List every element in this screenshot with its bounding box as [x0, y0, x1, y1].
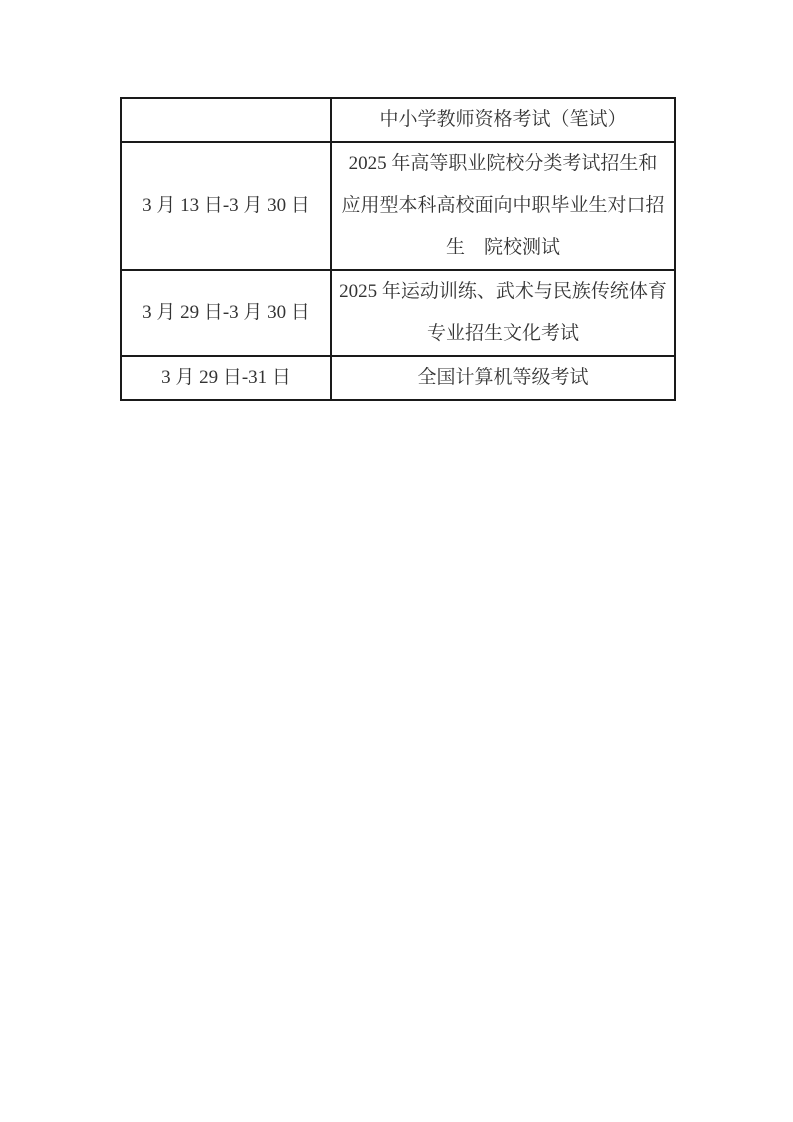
date-cell: 3 月 29 日-31 日	[121, 356, 331, 400]
date-cell: 3 月 13 日-3 月 30 日	[121, 142, 331, 270]
date-range: 3 月 13 日-3 月 30 日	[122, 185, 330, 227]
table-row: 3 月 13 日-3 月 30 日 2025 年高等职业院校分类考试招生和 应用…	[121, 142, 675, 270]
date-range: 3 月 29 日-31 日	[122, 357, 330, 399]
event-name-line: 2025 年高等职业院校分类考试招生和	[332, 143, 674, 185]
date-range	[122, 99, 330, 141]
document-page: 中小学教师资格考试（笔试） 3 月 13 日-3 月 30 日 2025 年高等…	[0, 0, 793, 1122]
exam-schedule-body: 中小学教师资格考试（笔试） 3 月 13 日-3 月 30 日 2025 年高等…	[121, 98, 675, 400]
date-range: 3 月 29 日-3 月 30 日	[122, 292, 330, 334]
date-cell	[121, 98, 331, 142]
event-name-line: 专业招生文化考试	[332, 313, 674, 355]
event-cell: 2025 年高等职业院校分类考试招生和 应用型本科高校面向中职毕业生对口招 生 …	[331, 142, 675, 270]
event-name-line: 应用型本科高校面向中职毕业生对口招	[332, 185, 674, 227]
event-name-line: 中小学教师资格考试（笔试）	[332, 99, 674, 141]
exam-schedule-table: 中小学教师资格考试（笔试） 3 月 13 日-3 月 30 日 2025 年高等…	[120, 97, 676, 401]
date-cell: 3 月 29 日-3 月 30 日	[121, 270, 331, 356]
event-name-line: 全国计算机等级考试	[332, 357, 674, 399]
table-row: 中小学教师资格考试（笔试）	[121, 98, 675, 142]
table-row: 3 月 29 日-31 日 全国计算机等级考试	[121, 356, 675, 400]
event-name-line: 生 院校测试	[332, 227, 674, 269]
event-cell: 2025 年运动训练、武术与民族传统体育 专业招生文化考试	[331, 270, 675, 356]
event-name-line: 2025 年运动训练、武术与民族传统体育	[332, 271, 674, 313]
event-cell: 全国计算机等级考试	[331, 356, 675, 400]
event-cell: 中小学教师资格考试（笔试）	[331, 98, 675, 142]
table-row: 3 月 29 日-3 月 30 日 2025 年运动训练、武术与民族传统体育 专…	[121, 270, 675, 356]
